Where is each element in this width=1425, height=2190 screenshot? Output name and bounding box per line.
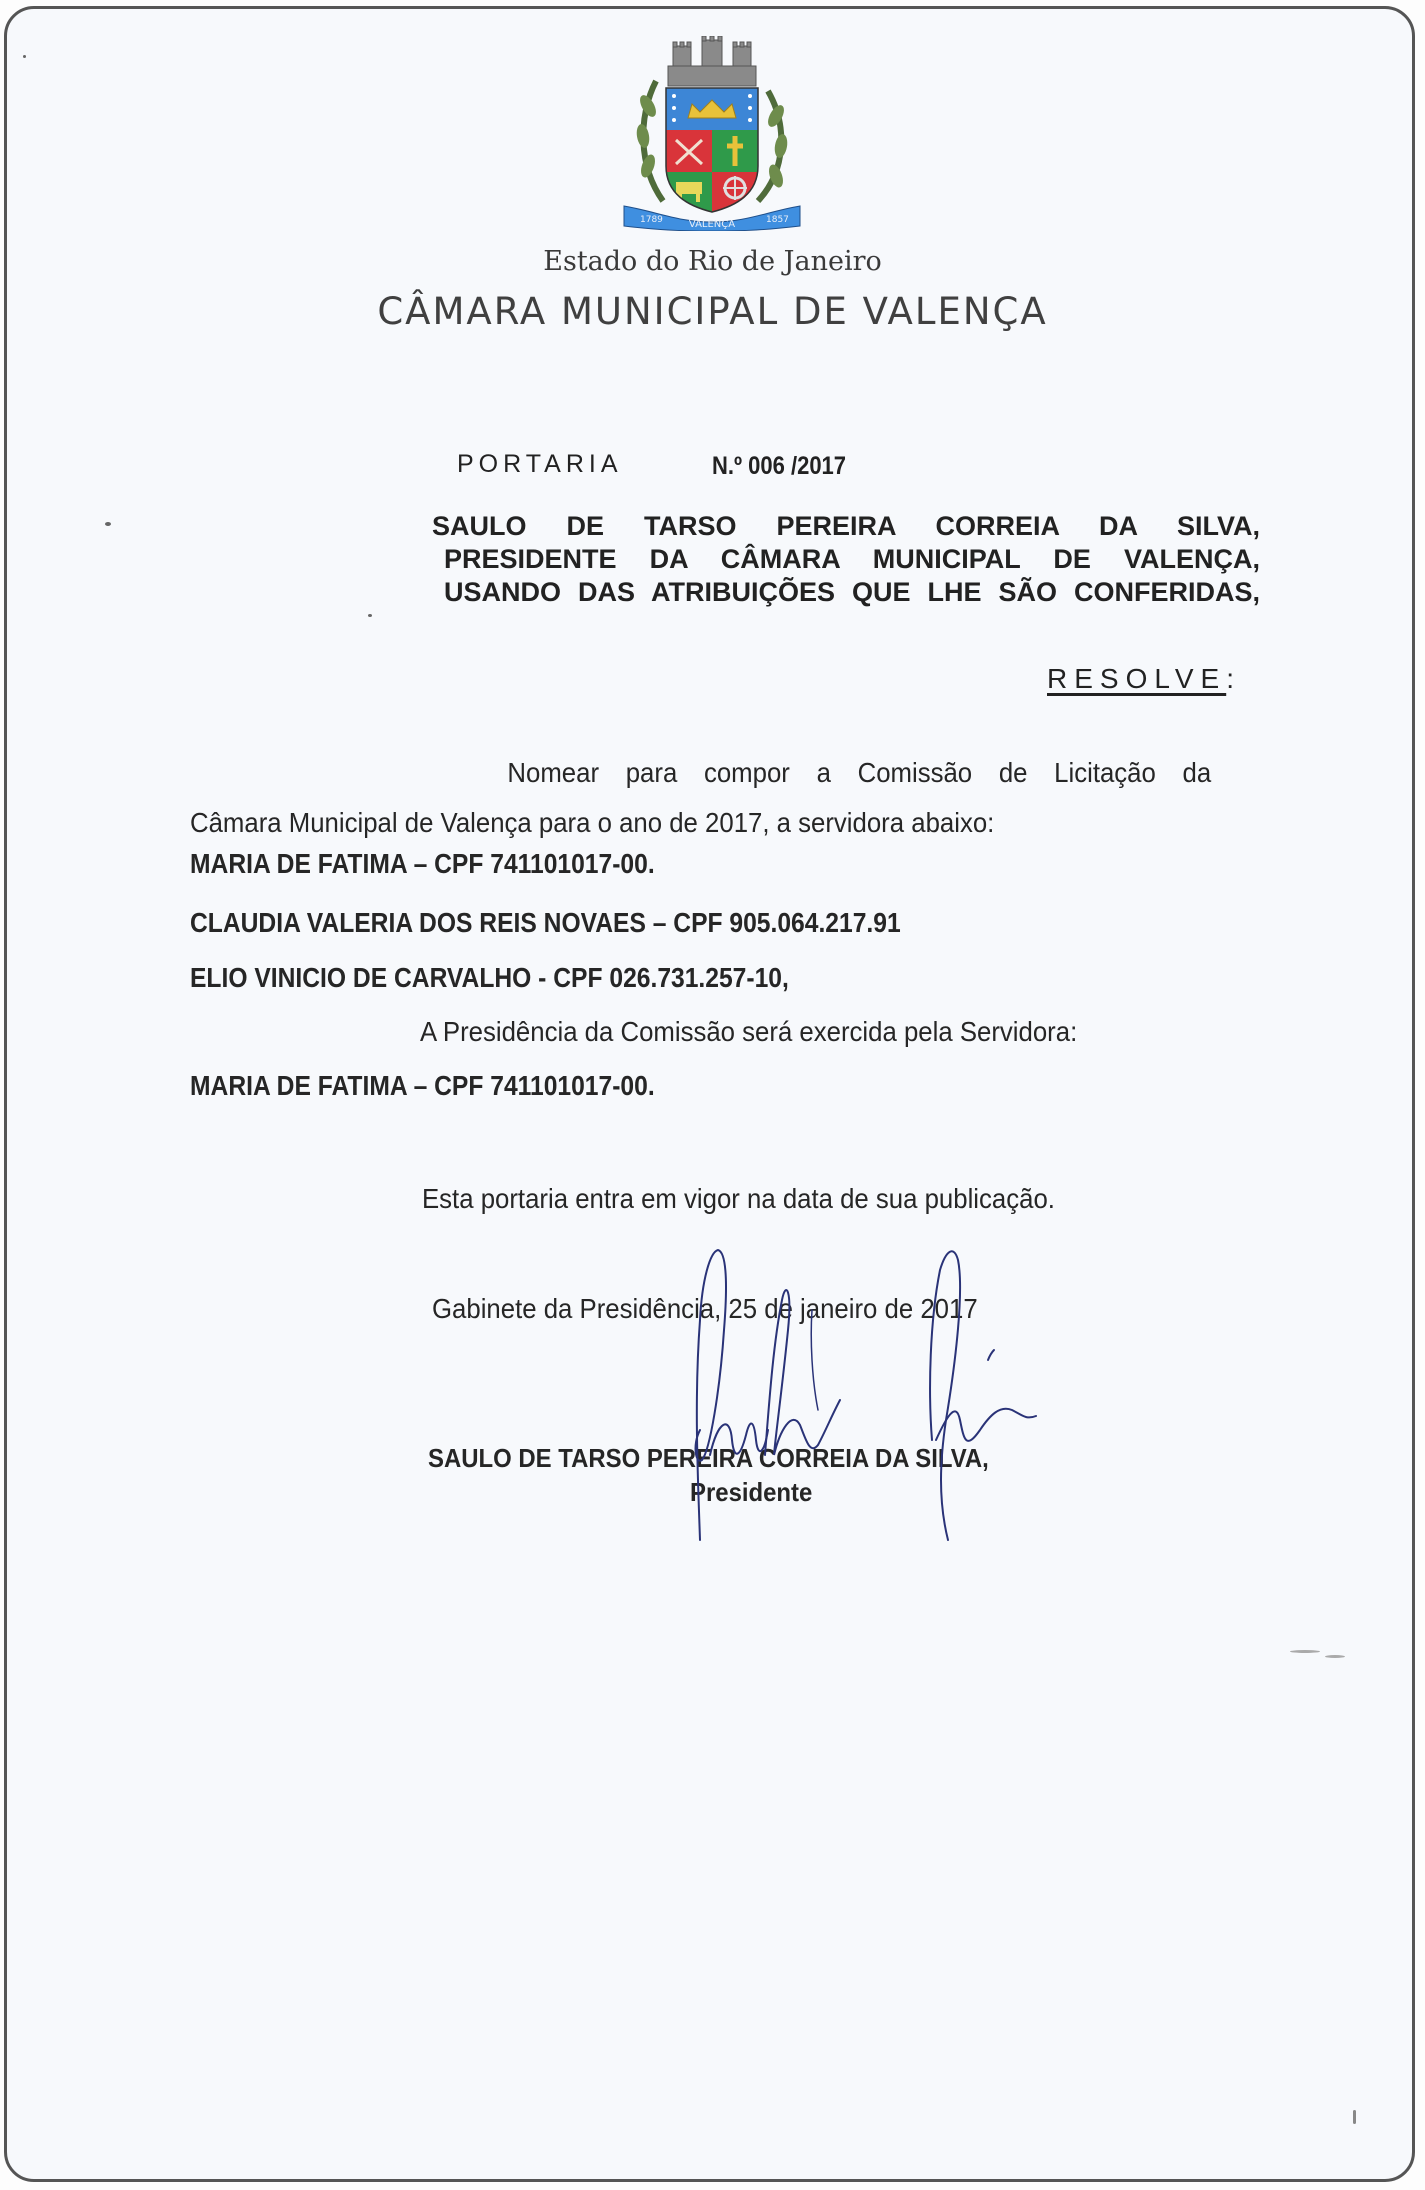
document-number: N.º 006 /2017 [712, 452, 846, 481]
scan-speck [23, 55, 26, 58]
preamble-line: PRESIDENTE DA CÂMARA MUNICIPAL DE VALENÇ… [432, 543, 1260, 576]
presidency-member: MARIA DE FATIMA – CPF 741101017-00. [190, 1070, 655, 1102]
ribbon-year-right: 1857 [766, 215, 789, 225]
preamble-line: USANDO DAS ATRIBUIÇÕES QUE LHE SÃO CONFE… [432, 576, 1260, 609]
presidency-text: A Presidência da Comissão será exercida … [420, 1016, 1077, 1048]
coat-of-arms-icon: 1789 VALENÇA 1857 [618, 36, 804, 231]
resolve-colon: : [1226, 663, 1241, 694]
appointment-line-2: Câmara Municipal de Valença para o ano d… [190, 807, 994, 838]
resolve-heading: RESOLVE: [1047, 663, 1241, 695]
signer-name: SAULO DE TARSO PEREIRA CORREIA DA SILVA, [428, 1443, 989, 1474]
member-item: MARIA DE FATIMA – CPF 741101017-00. [190, 848, 655, 880]
effective-text: Esta portaria entra em vigor na data de … [422, 1183, 1055, 1215]
appointment-paragraph: Nomear para compor a Comissão de Licitaç… [190, 748, 1174, 848]
document-type-label: PORTARIA [457, 450, 623, 479]
scan-speck [1290, 1650, 1320, 1653]
ribbon-year-left: 1789 [640, 215, 663, 225]
scan-speck [1325, 1655, 1345, 1658]
signer-role: Presidente [690, 1477, 812, 1508]
preamble: SAULO DE TARSO PEREIRA CORREIA DA SILVA,… [432, 510, 1260, 609]
state-name: Estado do Rio de Janeiro [0, 246, 1425, 277]
ribbon-city: VALENÇA [689, 219, 735, 230]
scan-speck [105, 522, 111, 526]
place-date: Gabinete da Presidência, 25 de janeiro d… [432, 1293, 978, 1325]
member-item: ELIO VINICIO DE CARVALHO - CPF 026.731.2… [190, 962, 789, 994]
scan-speck [1353, 2110, 1356, 2124]
chamber-name: CÂMARA MUNICIPAL DE VALENÇA [0, 290, 1425, 333]
preamble-line: SAULO DE TARSO PEREIRA CORREIA DA SILVA, [432, 510, 1260, 543]
scan-speck [368, 614, 372, 617]
appointment-line-1: Nomear para compor a Comissão de Licitaç… [190, 748, 1211, 798]
member-item: CLAUDIA VALERIA DOS REIS NOVAES – CPF 90… [190, 907, 901, 939]
resolve-label: RESOLVE [1047, 663, 1226, 694]
